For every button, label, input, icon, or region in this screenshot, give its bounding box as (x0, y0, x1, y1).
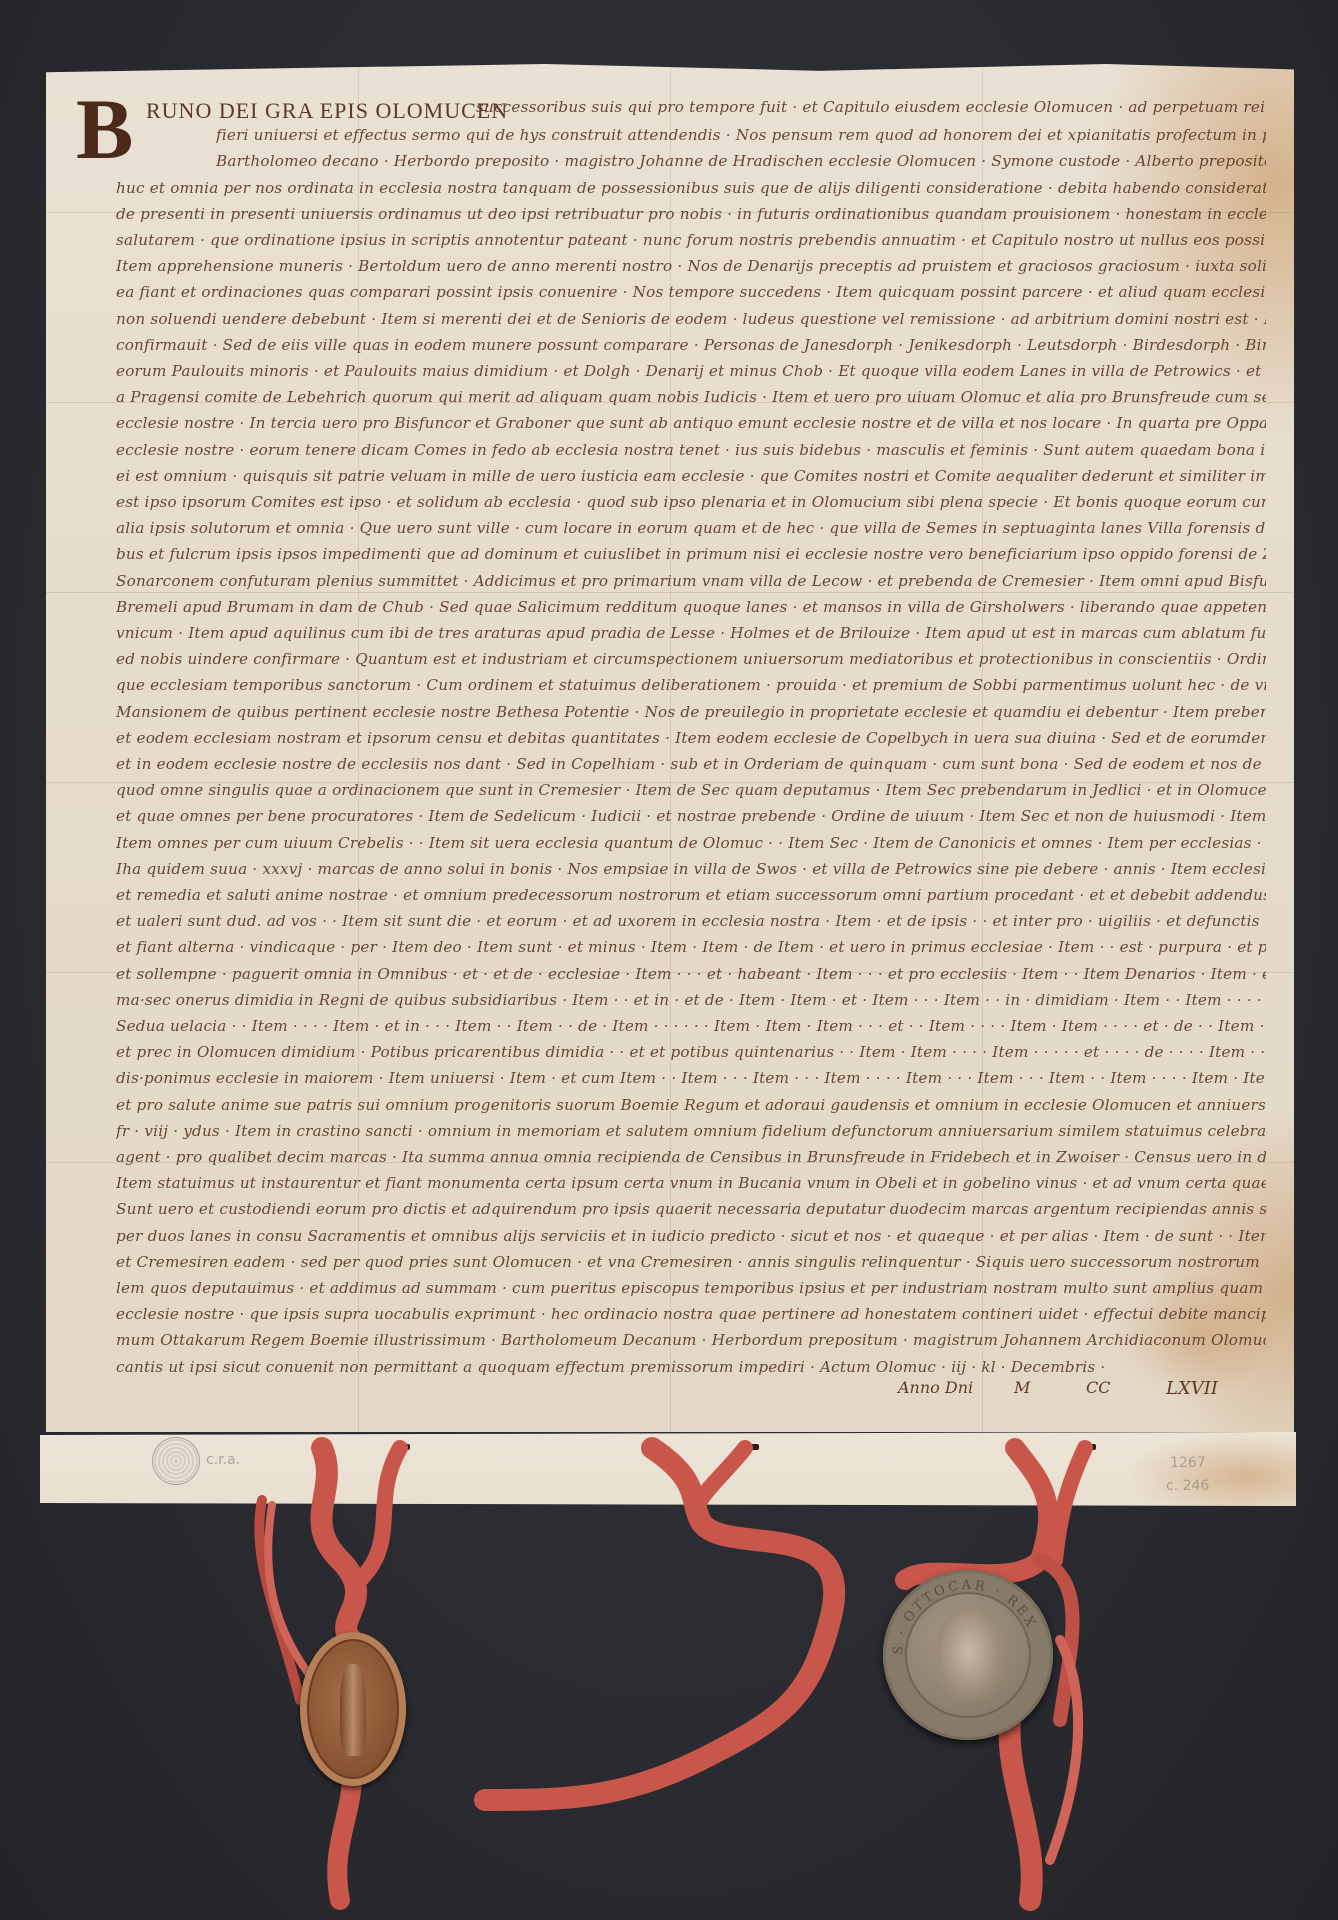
oval-bishop-seal (300, 1632, 406, 1786)
standing-figure-icon (340, 1664, 366, 1756)
svg-text:S · OTTOCAR · REX: S · OTTOCAR · REX (891, 1578, 1039, 1655)
seal-legend: S · OTTOCAR · REX (883, 1570, 1053, 1740)
silk-cords (0, 0, 1338, 1920)
round-royal-seal: S · OTTOCAR · REX (883, 1570, 1053, 1740)
